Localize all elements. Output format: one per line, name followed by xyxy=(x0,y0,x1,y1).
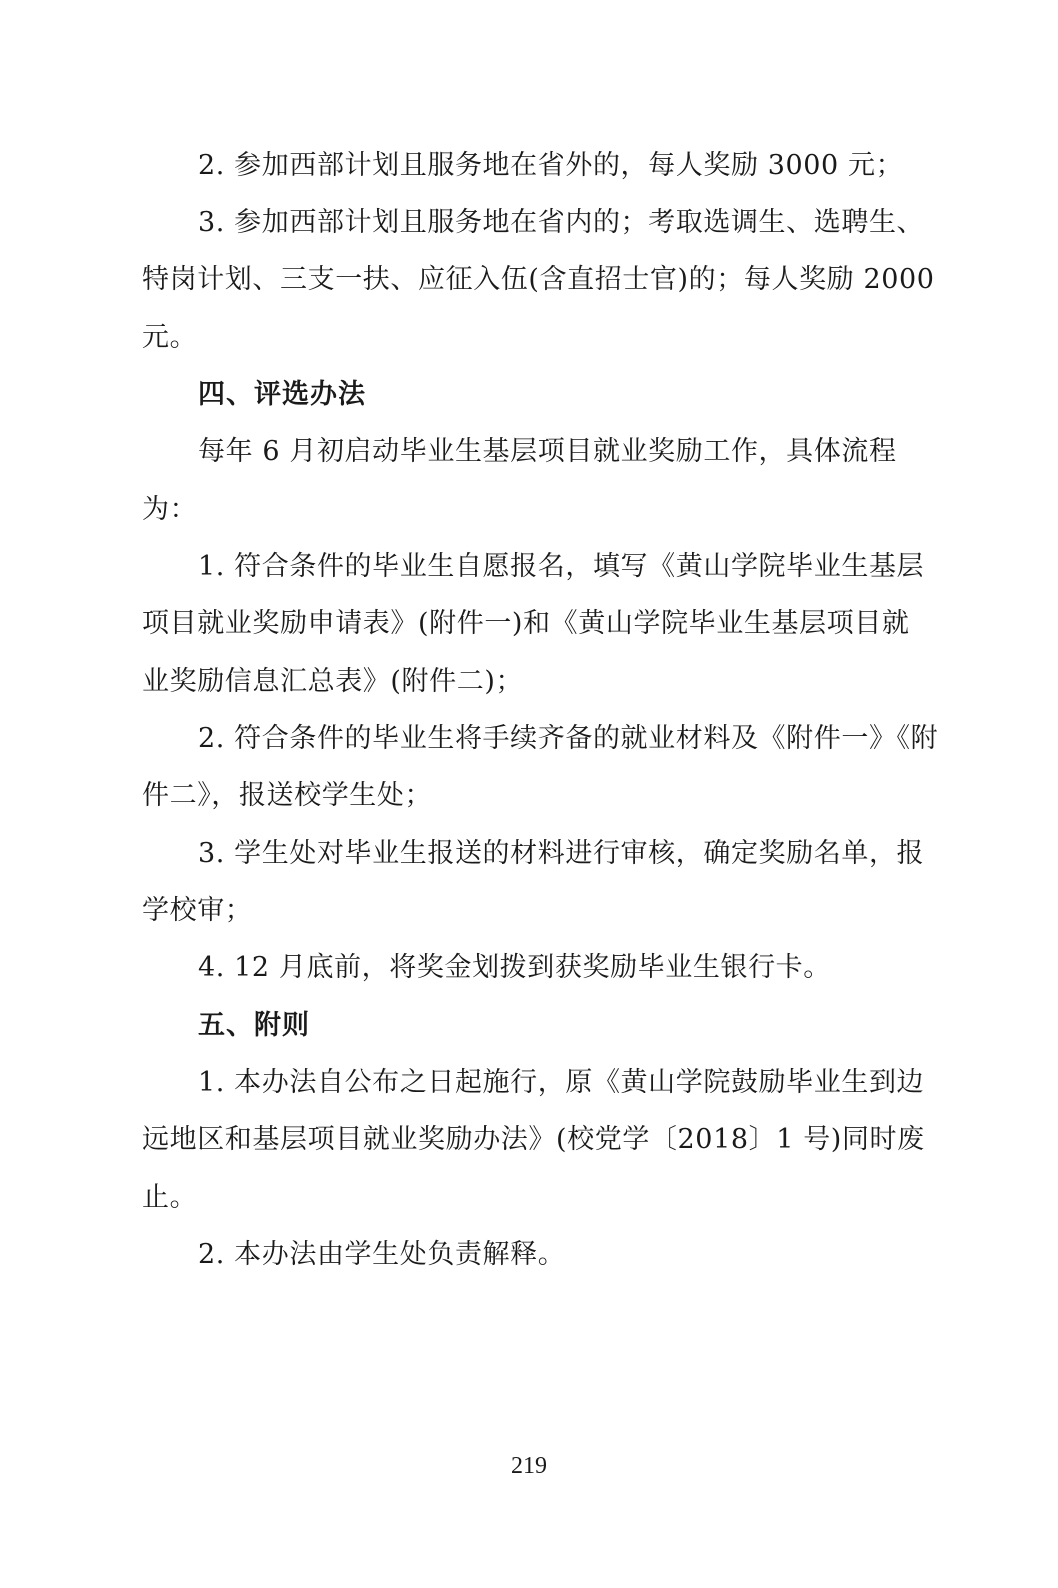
section-heading-supplementary: 五、附则 xyxy=(198,1008,912,1044)
process-step-1-end: 业奖励信息汇总表》(附件二)； xyxy=(142,664,912,700)
selection-intro-end: 为： xyxy=(142,492,912,528)
reward-item-3-continued: 特岗计划、三支一扶、应征入伍(含直招士官)的；每人奖励 2000 xyxy=(142,262,912,298)
process-step-1: 1. 符合条件的毕业生自愿报名，填写《黄山学院毕业生基层 xyxy=(198,549,912,585)
selection-intro: 每年 6 月初启动毕业生基层项目就业奖励工作，具体流程 xyxy=(198,434,912,470)
process-step-2: 2. 符合条件的毕业生将手续齐备的就业材料及《附件一》《附 xyxy=(198,721,912,757)
process-step-3: 3. 学生处对毕业生报送的材料进行审核，确定奖励名单，报 xyxy=(198,836,912,872)
reward-item-3: 3. 参加西部计划且服务地在省内的；考取选调生、选聘生、 xyxy=(198,205,912,241)
supplementary-item-1-end: 止。 xyxy=(142,1180,912,1216)
process-step-3-end: 学校审； xyxy=(142,893,912,929)
supplementary-item-1-continued: 远地区和基层项目就业奖励办法》(校党学〔2018〕1 号)同时废 xyxy=(142,1122,912,1158)
process-step-4: 4. 12 月底前，将奖金划拨到获奖励毕业生银行卡。 xyxy=(198,950,912,986)
document-page: 2. 参加西部计划且服务地在省外的，每人奖励 3000 元； 3. 参加西部计划… xyxy=(0,0,1058,1588)
reward-item-2: 2. 参加西部计划且服务地在省外的，每人奖励 3000 元； xyxy=(198,148,912,184)
page-number: 219 xyxy=(0,1452,1058,1480)
process-step-2-end: 件二》，报送校学生处； xyxy=(142,778,912,814)
supplementary-item-1: 1. 本办法自公布之日起施行，原《黄山学院鼓励毕业生到边 xyxy=(198,1065,912,1101)
process-step-1-continued: 项目就业奖励申请表》(附件一)和《黄山学院毕业生基层项目就 xyxy=(142,606,912,642)
reward-item-3-end: 元。 xyxy=(142,320,912,356)
section-heading-selection-method: 四、评选办法 xyxy=(198,377,912,413)
supplementary-item-2: 2. 本办法由学生处负责解释。 xyxy=(198,1237,912,1273)
